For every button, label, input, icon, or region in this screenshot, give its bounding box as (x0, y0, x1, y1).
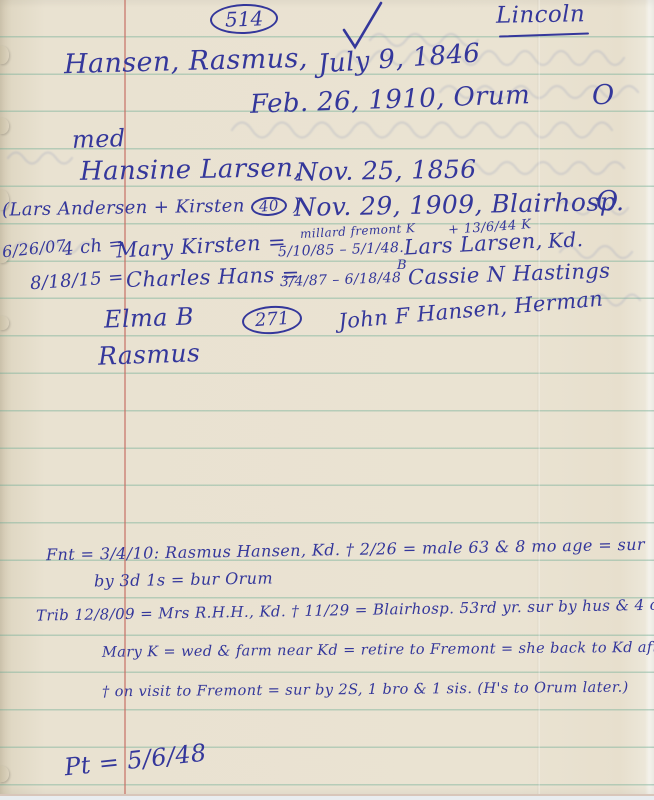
child2-name: Charles Hans = (126, 264, 300, 291)
spouse-birth-date: Nov. 25, 1856 (296, 156, 477, 184)
spouse-death-date: Nov. 29, 1909, Blairhosp. (294, 189, 625, 220)
child2-marriage-date: 8/18/15 = (29, 269, 124, 293)
child4-name: Rasmus (98, 340, 201, 369)
child1-name: Mary Kirsten = (116, 232, 287, 262)
notebook-page: 514 Lincoln Hansen, Rasmus, July 9, 1846… (0, 0, 654, 800)
child1-annotation: millard fremont K (300, 222, 416, 240)
entry-name: Hansen, Rasmus, (64, 45, 308, 78)
processed-date: Pt = 5/6/48 (63, 741, 208, 780)
spouse-parents: (Lars Andersen + Kirsten 40 ) (2, 196, 301, 220)
parents-ref-circled: 40 (250, 196, 287, 217)
child1-dates: 5/10/85 – 5/1/48. (278, 241, 405, 259)
child1-marriage-date: 6/26/07 (1, 238, 67, 261)
place-underline (499, 32, 589, 37)
note-line-1: Fnt = 3/4/10: Rasmus Hansen, Kd. † 2/26 … (46, 537, 645, 563)
spouse-death-mark: O (596, 188, 619, 215)
child3-name: Elma B (104, 304, 195, 331)
child3-note: John F Hansen, Herman (338, 288, 604, 332)
married-word: med (72, 126, 126, 152)
torn-edge (0, 316, 9, 330)
child1-spouse: Lars Larsen, (404, 230, 544, 258)
note-line-3: Trib 12/8/09 = Mrs R.H.H., Kd. † 11/29 =… (36, 597, 654, 623)
note-line-5: † on visit to Fremont = sur by 2S, 1 bro… (102, 681, 629, 700)
torn-edge (0, 118, 9, 134)
note-line-4: Mary K = wed & farm near Kd = retire to … (102, 640, 654, 660)
entry-death-date: Feb. 26, 1910, Orum (250, 82, 531, 118)
child1-place: Kd. (548, 229, 584, 251)
torn-edge (0, 46, 9, 64)
spouse-parents-text: (Lars Andersen + Kirsten (2, 195, 245, 220)
entry-death-mark: O (592, 82, 615, 109)
child2-dates: 3/4/87 – 6/18/48 (280, 271, 402, 289)
scan-edge (0, 794, 654, 800)
checkmark-icon (340, 0, 386, 52)
page-number-circled: 514 (209, 3, 278, 35)
margin-line (124, 0, 126, 795)
child3-page-ref-circled: 271 (241, 304, 303, 336)
spouse-name: Hansine Larsen, (80, 155, 302, 185)
note-line-2: by 3d 1s = bur Orum (94, 570, 273, 589)
place-heading: Lincoln (496, 3, 586, 28)
child2-spouse: Cassie N Hastings (408, 260, 611, 288)
child2-annotation: B (397, 259, 407, 272)
paper-crease (537, 0, 540, 795)
torn-edge (0, 766, 9, 782)
